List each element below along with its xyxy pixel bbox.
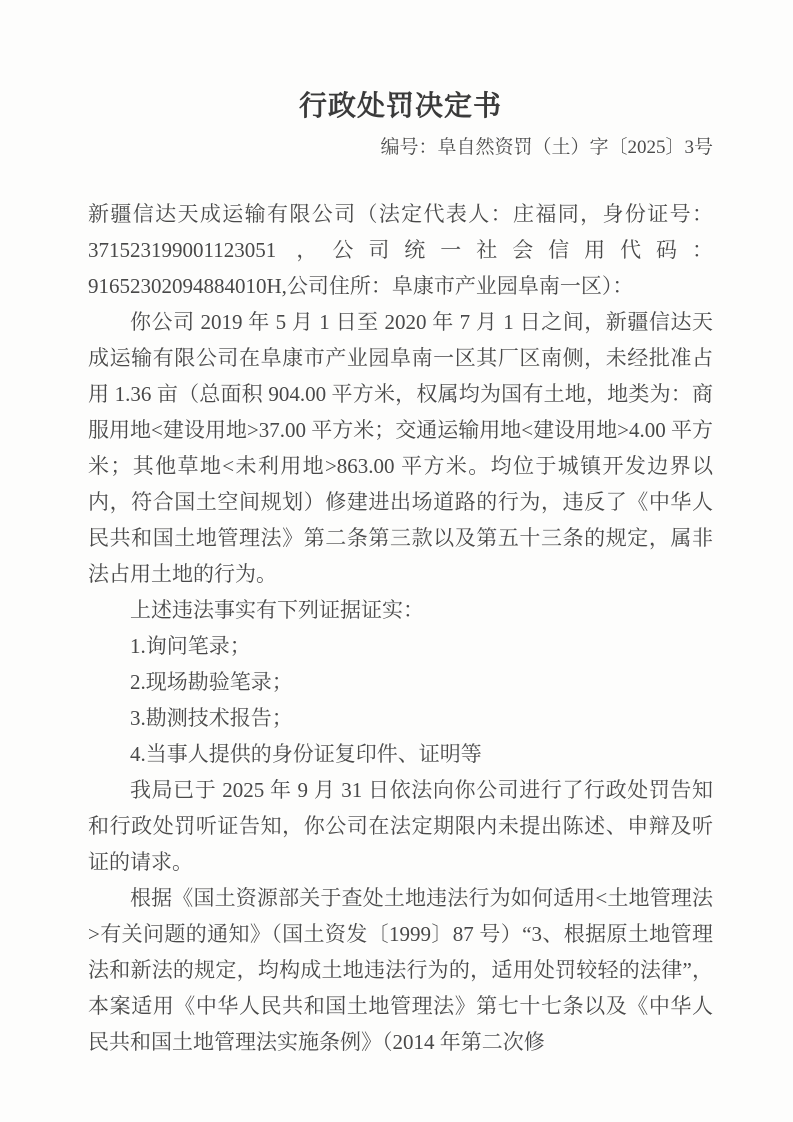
paragraph-evidence-intro: 上述违法事实有下列证据证实： [88, 592, 713, 628]
evidence-item-3: 3.勘测技术报告； [88, 700, 713, 736]
evidence-item-4: 4.当事人提供的身份证复印件、证明等 [88, 736, 713, 772]
document-page: 行政处罚决定书 编号：阜自然资罚（土）字〔2025〕3号 新疆信达天成运输有限公… [0, 0, 793, 1122]
paragraph-prior-notification: 我局已于 2025 年 9 月 31 日依法向你公司进行了行政处罚告知和行政处罚… [88, 772, 713, 880]
document-body: 新疆信达天成运输有限公司（法定代表人：庄福同，身份证号：371523199001… [88, 196, 713, 1060]
evidence-item-2: 2.现场勘验笔录； [88, 664, 713, 700]
document-number: 编号：阜自然资罚（土）字〔2025〕3号 [88, 135, 713, 161]
paragraph-addressee-company-info: 新疆信达天成运输有限公司（法定代表人：庄福同，身份证号：371523199001… [88, 196, 713, 304]
document-title: 行政处罚决定书 [88, 90, 713, 124]
paragraph-legal-basis: 根据《国土资源部关于查处土地违法行为如何适用<土地管理法>有关问题的通知》（国土… [88, 880, 713, 1060]
paragraph-violation-facts: 你公司 2019 年 5 月 1 日至 2020 年 7 月 1 日之间，新疆信… [88, 304, 713, 592]
evidence-item-1: 1.询问笔录； [88, 628, 713, 664]
